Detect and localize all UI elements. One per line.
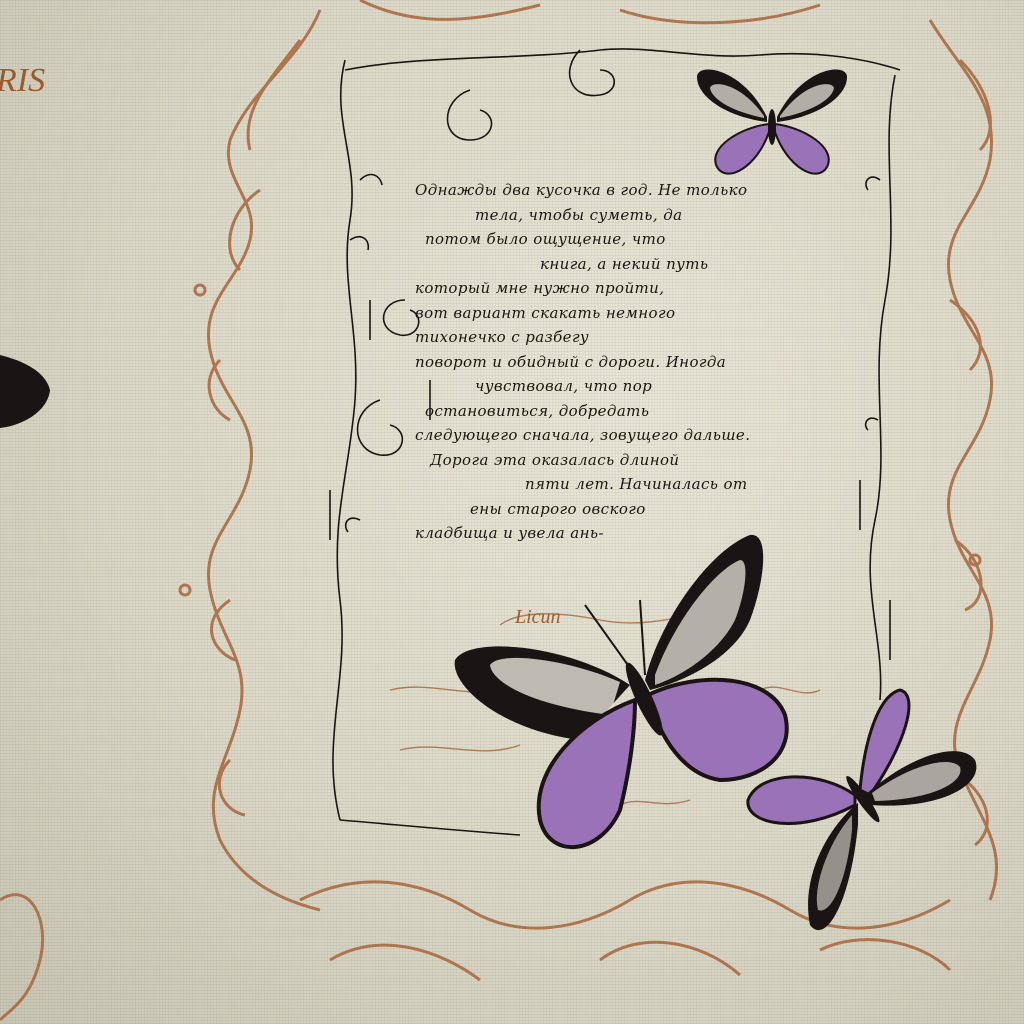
butterfly-center-large-icon <box>455 535 787 847</box>
letter-line: Однажды два кусочка в год. Не только <box>415 178 885 203</box>
letter-line: вот вариант скакать немного <box>415 301 885 326</box>
letter-line: поворот и обидный с дороги. Иногда <box>415 350 885 375</box>
letter-line: Дорога эта оказалась длиной <box>415 448 885 473</box>
letter-line: пяти лет. Начиналась от <box>415 472 885 497</box>
handwritten-letter: Однажды два кусочка в год. Не только тел… <box>415 178 885 546</box>
letter-line: ены старого овского <box>415 497 885 522</box>
letter-line: тихонечко с разбегу <box>415 325 885 350</box>
letter-line: потом было ощущение, что <box>415 227 885 252</box>
butterfly-top-right-icon <box>697 70 847 174</box>
letter-line: тела, чтобы суметь, да <box>415 203 885 228</box>
corner-script-text: RIS <box>0 62 45 100</box>
letter-line: который мне нужно пройти, <box>415 276 885 301</box>
letter-line: кладбища и увела ань- <box>415 521 885 546</box>
letter-line: остановиться, добредать <box>415 399 885 424</box>
letter-line: следующего сначала, зовущего дальше. <box>415 423 885 448</box>
letter-line: чувствовал, что пор <box>415 374 885 399</box>
signature-text: Licun <box>515 606 561 629</box>
letter-line: книга, а некий путь <box>415 252 885 277</box>
butterfly-left-edge-icon <box>0 355 50 428</box>
